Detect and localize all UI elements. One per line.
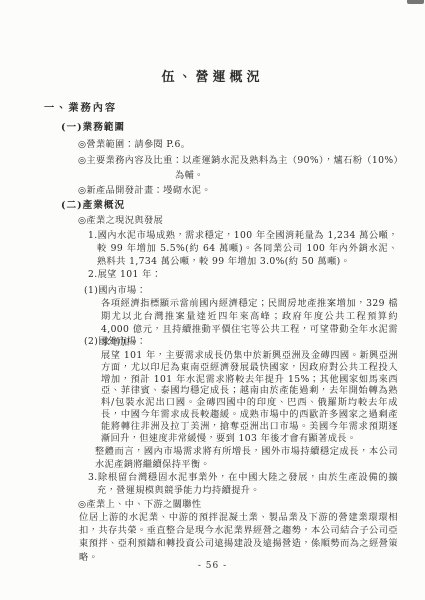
heading-industry-overview: (二)產業概況 [61, 199, 125, 212]
bullet-new-product-plan: ◎新產品開發計畫：墁砌水泥。 [78, 184, 211, 197]
scan-artifact-corner [407, 0, 424, 4]
para-domestic-cement-market: 1.國內水泥市場成熟，需求穩定，100 年全國消耗量為 1,234 萬公噸，較 … [97, 230, 398, 268]
para-value-chain-integration: 位居上游的水泥業、中游的預拌混凝土業、製品業及下游的營建業環環相扣，共存共榮。垂… [79, 511, 398, 564]
heading-business-content: 一、業務內容 [44, 102, 117, 115]
bullet-industry-value-chain: ◎產業上、中、下游之關聯性 [78, 498, 201, 511]
bullet-industry-status-development: ◎產業之現況與發展 [78, 214, 163, 227]
report-page: 伍、營運概況 一、業務內容 (一)業務範圍 ◎營業範圍：請參閱 P.6。 ◎主要… [0, 0, 425, 600]
heading-business-scope: (一)業務範圍 [61, 121, 125, 134]
subitem-foreign-market: (2)國外市場： [84, 335, 146, 348]
bullet-main-business-mix-continuation: 為輔。 [175, 169, 204, 182]
page-number: - 56 - [0, 561, 425, 571]
bullet-operating-scope: ◎營業範圍：請參閱 P.6。 [78, 138, 190, 151]
item-outlook-101: 2.展望 101 年： [88, 268, 161, 281]
para-foreign-market-outlook: 展望 101 年，主要需求成長仍集中於新興亞洲及金磚四國。新興亞洲方面，尤以印尼… [101, 350, 398, 444]
page-title: 伍、營運概況 [0, 66, 425, 85]
para-overall-summary: 整體而言，國內市場需求將有所增長，國外市場持續穩定成長，本公司水泥產銷將繼續保持… [95, 446, 398, 472]
para-taiwan-china-development: 3.除根留台灣穩固水泥事業外，在中國大陸之發展，由於生產設備的擴充，營運規模與競… [97, 472, 398, 498]
bullet-main-business-mix: ◎主要業務內容及比重：以產運銷水泥及熟料為主（90%），爐石粉（10%） [78, 154, 403, 167]
subitem-domestic-market: (1)國內市場： [84, 284, 146, 297]
